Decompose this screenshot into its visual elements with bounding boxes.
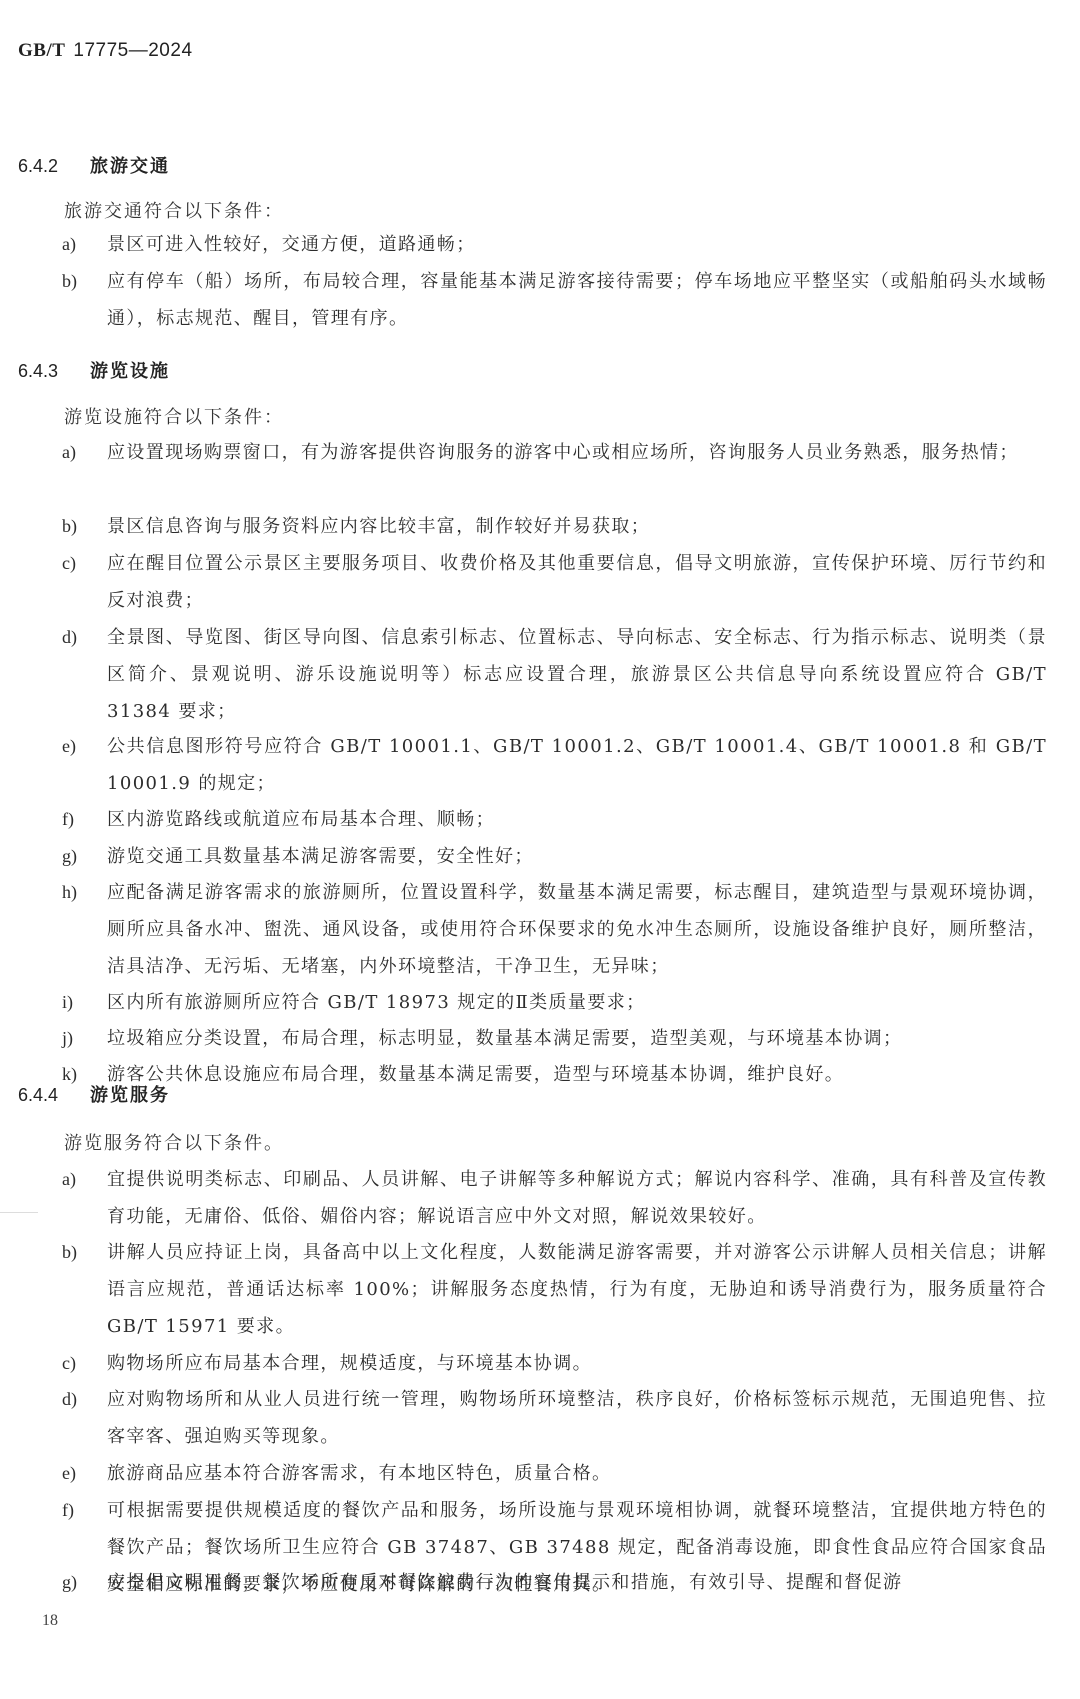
list-item: d) 应对购物场所和从业人员进行统一管理，购物场所环境整洁，秩序良好，价格标签标… bbox=[62, 1381, 1047, 1455]
item-label: b) bbox=[62, 263, 102, 300]
list-item: c) 购物场所应布局基本合理，规模适度，与环境基本协调。 bbox=[62, 1345, 1047, 1382]
list-item: e) 旅游商品应基本符合游客需求，有本地区特色，质量合格。 bbox=[62, 1455, 1047, 1492]
section-title: 游览服务 bbox=[90, 1085, 170, 1105]
section-heading-6-4-3: 6.4.3游览设施 bbox=[18, 357, 170, 383]
list-item: c) 应在醒目位置公示景区主要服务项目、收费价格及其他重要信息，倡导文明旅游，宣… bbox=[62, 545, 1047, 619]
section-number: 6.4.3 bbox=[18, 361, 90, 382]
list-item: e) 公共信息图形符号应符合 GB/T 10001.1、GB/T 10001.2… bbox=[62, 728, 1047, 802]
item-text: 宜提供说明类标志、印刷品、人员讲解、电子讲解等多种解说方式；解说内容科学、准确，… bbox=[107, 1161, 1047, 1235]
item-text: 讲解人员应持证上岗，具备高中以上文化程度，人数能满足游客需要，并对游客公示讲解人… bbox=[107, 1234, 1047, 1345]
item-label: g) bbox=[62, 1564, 102, 1601]
list-item: g) 应提倡文明用餐，餐饮场所有反对餐饮浪费行为的宣传提示和措施，有效引导、提醒… bbox=[62, 1564, 1047, 1601]
item-label: i) bbox=[62, 984, 102, 1021]
item-text: 购物场所应布局基本合理，规模适度，与环境基本协调。 bbox=[107, 1345, 1047, 1382]
item-text: 旅游商品应基本符合游客需求，有本地区特色，质量合格。 bbox=[107, 1455, 1047, 1492]
item-label: a) bbox=[62, 434, 102, 471]
section-number: 6.4.4 bbox=[18, 1085, 90, 1106]
page-number: 18 bbox=[42, 1612, 58, 1630]
item-label: g) bbox=[62, 838, 102, 875]
list-item: i) 区内所有旅游厕所应符合 GB/T 18973 规定的Ⅱ类质量要求； bbox=[62, 984, 1047, 1021]
item-text: 全景图、导览图、街区导向图、信息索引标志、位置标志、导向标志、安全标志、行为指示… bbox=[107, 619, 1047, 730]
document-page: GB/T17775—2024 6.4.2旅游交通 旅游交通符合以下条件： a) … bbox=[0, 0, 1080, 1699]
item-text: 应提倡文明用餐，餐饮场所有反对餐饮浪费行为的宣传提示和措施，有效引导、提醒和督促… bbox=[107, 1564, 1047, 1601]
item-text: 垃圾箱应分类设置，布局合理，标志明显，数量基本满足需要，造型美观，与环境基本协调… bbox=[107, 1020, 1047, 1057]
item-label: d) bbox=[62, 1381, 102, 1418]
section-intro: 游览设施符合以下条件： bbox=[64, 403, 284, 429]
standard-header: GB/T17775—2024 bbox=[18, 40, 193, 62]
standard-number: 17775—2024 bbox=[73, 40, 192, 61]
list-item: a) 宜提供说明类标志、印刷品、人员讲解、电子讲解等多种解说方式；解说内容科学、… bbox=[62, 1161, 1047, 1235]
item-text: 区内所有旅游厕所应符合 GB/T 18973 规定的Ⅱ类质量要求； bbox=[107, 984, 1047, 1021]
list-item: h) 应配备满足游客需求的旅游厕所，位置设置科学，数量基本满足需要，标志醒目，建… bbox=[62, 874, 1047, 985]
item-label: j) bbox=[62, 1020, 102, 1057]
list-item: g) 游览交通工具数量基本满足游客需要，安全性好； bbox=[62, 838, 1047, 875]
item-label: e) bbox=[62, 1455, 102, 1492]
list-item: j) 垃圾箱应分类设置，布局合理，标志明显，数量基本满足需要，造型美观，与环境基… bbox=[62, 1020, 1047, 1057]
list-item: f) 区内游览路线或航道应布局基本合理、顺畅； bbox=[62, 801, 1047, 838]
section-heading-6-4-4: 6.4.4游览服务 bbox=[18, 1081, 170, 1107]
item-label: f) bbox=[62, 801, 102, 838]
item-label: c) bbox=[62, 545, 102, 582]
list-item: a) 景区可进入性较好，交通方便，道路通畅； bbox=[62, 226, 1047, 263]
list-item: d) 全景图、导览图、街区导向图、信息索引标志、位置标志、导向标志、安全标志、行… bbox=[62, 619, 1047, 730]
item-text: 游客公共休息设施应布局合理，数量基本满足需要，造型与环境基本协调，维护良好。 bbox=[107, 1056, 1047, 1093]
item-label: c) bbox=[62, 1345, 102, 1382]
item-text: 应在醒目位置公示景区主要服务项目、收费价格及其他重要信息，倡导文明旅游，宣传保护… bbox=[107, 545, 1047, 619]
list-item: b) 讲解人员应持证上岗，具备高中以上文化程度，人数能满足游客需要，并对游客公示… bbox=[62, 1234, 1047, 1345]
section-title: 旅游交通 bbox=[90, 156, 170, 176]
item-label: b) bbox=[62, 1234, 102, 1271]
item-label: d) bbox=[62, 619, 102, 656]
section-intro: 旅游交通符合以下条件： bbox=[64, 197, 284, 223]
item-text: 应设置现场购票窗口，有为游客提供咨询服务的游客中心或相应场所，咨询服务人员业务熟… bbox=[107, 434, 1047, 471]
list-item: b) 景区信息咨询与服务资料应内容比较丰富，制作较好并易获取； bbox=[62, 508, 1047, 545]
section-title: 游览设施 bbox=[90, 361, 170, 381]
item-label: h) bbox=[62, 874, 102, 911]
section-number: 6.4.2 bbox=[18, 156, 90, 177]
scan-artifact-line bbox=[0, 1212, 38, 1213]
standard-prefix: GB/T bbox=[18, 40, 65, 61]
item-label: f) bbox=[62, 1492, 102, 1529]
item-label: a) bbox=[62, 226, 102, 263]
item-text: 应配备满足游客需求的旅游厕所，位置设置科学，数量基本满足需要，标志醒目，建筑造型… bbox=[107, 874, 1047, 985]
item-text: 景区信息咨询与服务资料应内容比较丰富，制作较好并易获取； bbox=[107, 508, 1047, 545]
item-text: 景区可进入性较好，交通方便，道路通畅； bbox=[107, 226, 1047, 263]
list-item: b) 应有停车（船）场所，布局较合理，容量能基本满足游客接待需要；停车场地应平整… bbox=[62, 263, 1047, 337]
item-label: e) bbox=[62, 728, 102, 765]
list-item: a) 应设置现场购票窗口，有为游客提供咨询服务的游客中心或相应场所，咨询服务人员… bbox=[62, 434, 1047, 471]
item-text: 区内游览路线或航道应布局基本合理、顺畅； bbox=[107, 801, 1047, 838]
item-text: 公共信息图形符号应符合 GB/T 10001.1、GB/T 10001.2、GB… bbox=[107, 728, 1047, 802]
item-text: 应对购物场所和从业人员进行统一管理，购物场所环境整洁，秩序良好，价格标签标示规范… bbox=[107, 1381, 1047, 1455]
section-intro: 游览服务符合以下条件。 bbox=[64, 1129, 284, 1155]
section-heading-6-4-2: 6.4.2旅游交通 bbox=[18, 152, 170, 178]
item-label: b) bbox=[62, 508, 102, 545]
item-text: 游览交通工具数量基本满足游客需要，安全性好； bbox=[107, 838, 1047, 875]
list-item: k) 游客公共休息设施应布局合理，数量基本满足需要，造型与环境基本协调，维护良好… bbox=[62, 1056, 1047, 1093]
item-label: a) bbox=[62, 1161, 102, 1198]
item-text: 应有停车（船）场所，布局较合理，容量能基本满足游客接待需要；停车场地应平整坚实（… bbox=[107, 263, 1047, 337]
